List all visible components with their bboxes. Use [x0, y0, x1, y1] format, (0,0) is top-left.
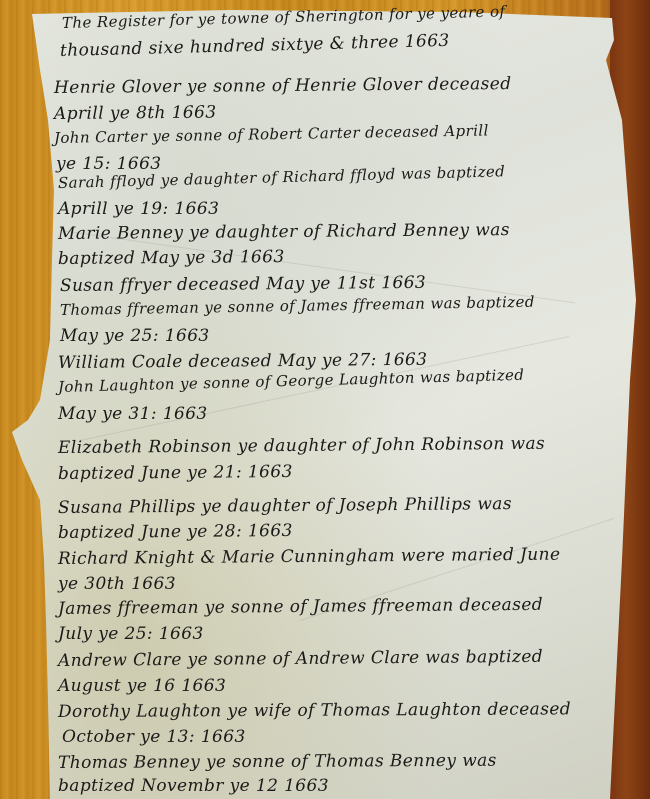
- register-line: John Carter ye sonne of Robert Carter de…: [54, 121, 489, 147]
- register-line: baptized June ye 21: 1663: [58, 462, 293, 484]
- register-line: ye 30th 1663: [58, 574, 176, 594]
- register-line: Susan ffryer deceased May ye 11st 1663: [60, 273, 426, 296]
- register-line: The Register for ye towne of Sherington …: [62, 2, 506, 32]
- register-line: Elizabeth Robinson ye daughter of John R…: [58, 434, 545, 458]
- register-line: October ye 13: 1663: [62, 727, 246, 747]
- register-line: Aprill ye 8th 1663: [54, 103, 217, 124]
- register-line: May ye 31: 1663: [58, 404, 208, 424]
- register-line: thousand sixe hundred sixtye & three 166…: [60, 31, 450, 61]
- register-line: Henrie Glover ye sonne of Henrie Glover …: [54, 74, 512, 98]
- register-line: Richard Knight & Marie Cunningham were m…: [58, 545, 561, 569]
- register-line: Dorothy Laughton ye wife of Thomas Laugh…: [58, 699, 571, 722]
- register-entries: The Register for ye towne of Sherington …: [0, 0, 650, 799]
- register-line: Thomas Benney ye sonne of Thomas Benney …: [58, 751, 497, 773]
- register-line: James ffreeman ye sonne of James ffreema…: [58, 595, 543, 619]
- register-line: Aprill ye 19: 1663: [58, 199, 219, 219]
- register-line: baptized Novembr ye 12 1663: [58, 776, 329, 796]
- register-line: Marie Benney ye daughter of Richard Benn…: [58, 220, 510, 244]
- register-line: May ye 25: 1663: [60, 326, 210, 346]
- register-line: baptized June ye 28: 1663: [58, 521, 293, 543]
- register-line: August ye 16 1663: [58, 676, 226, 696]
- register-line: Susana Phillips ye daughter of Joseph Ph…: [58, 494, 512, 518]
- register-line: Andrew Clare ye sonne of Andrew Clare wa…: [58, 647, 543, 671]
- register-line: Thomas ffreeman ye sonne of James ffreem…: [60, 293, 535, 319]
- register-line: baptized May ye 3d 1663: [58, 247, 285, 269]
- register-line: July ye 25: 1663: [58, 624, 204, 644]
